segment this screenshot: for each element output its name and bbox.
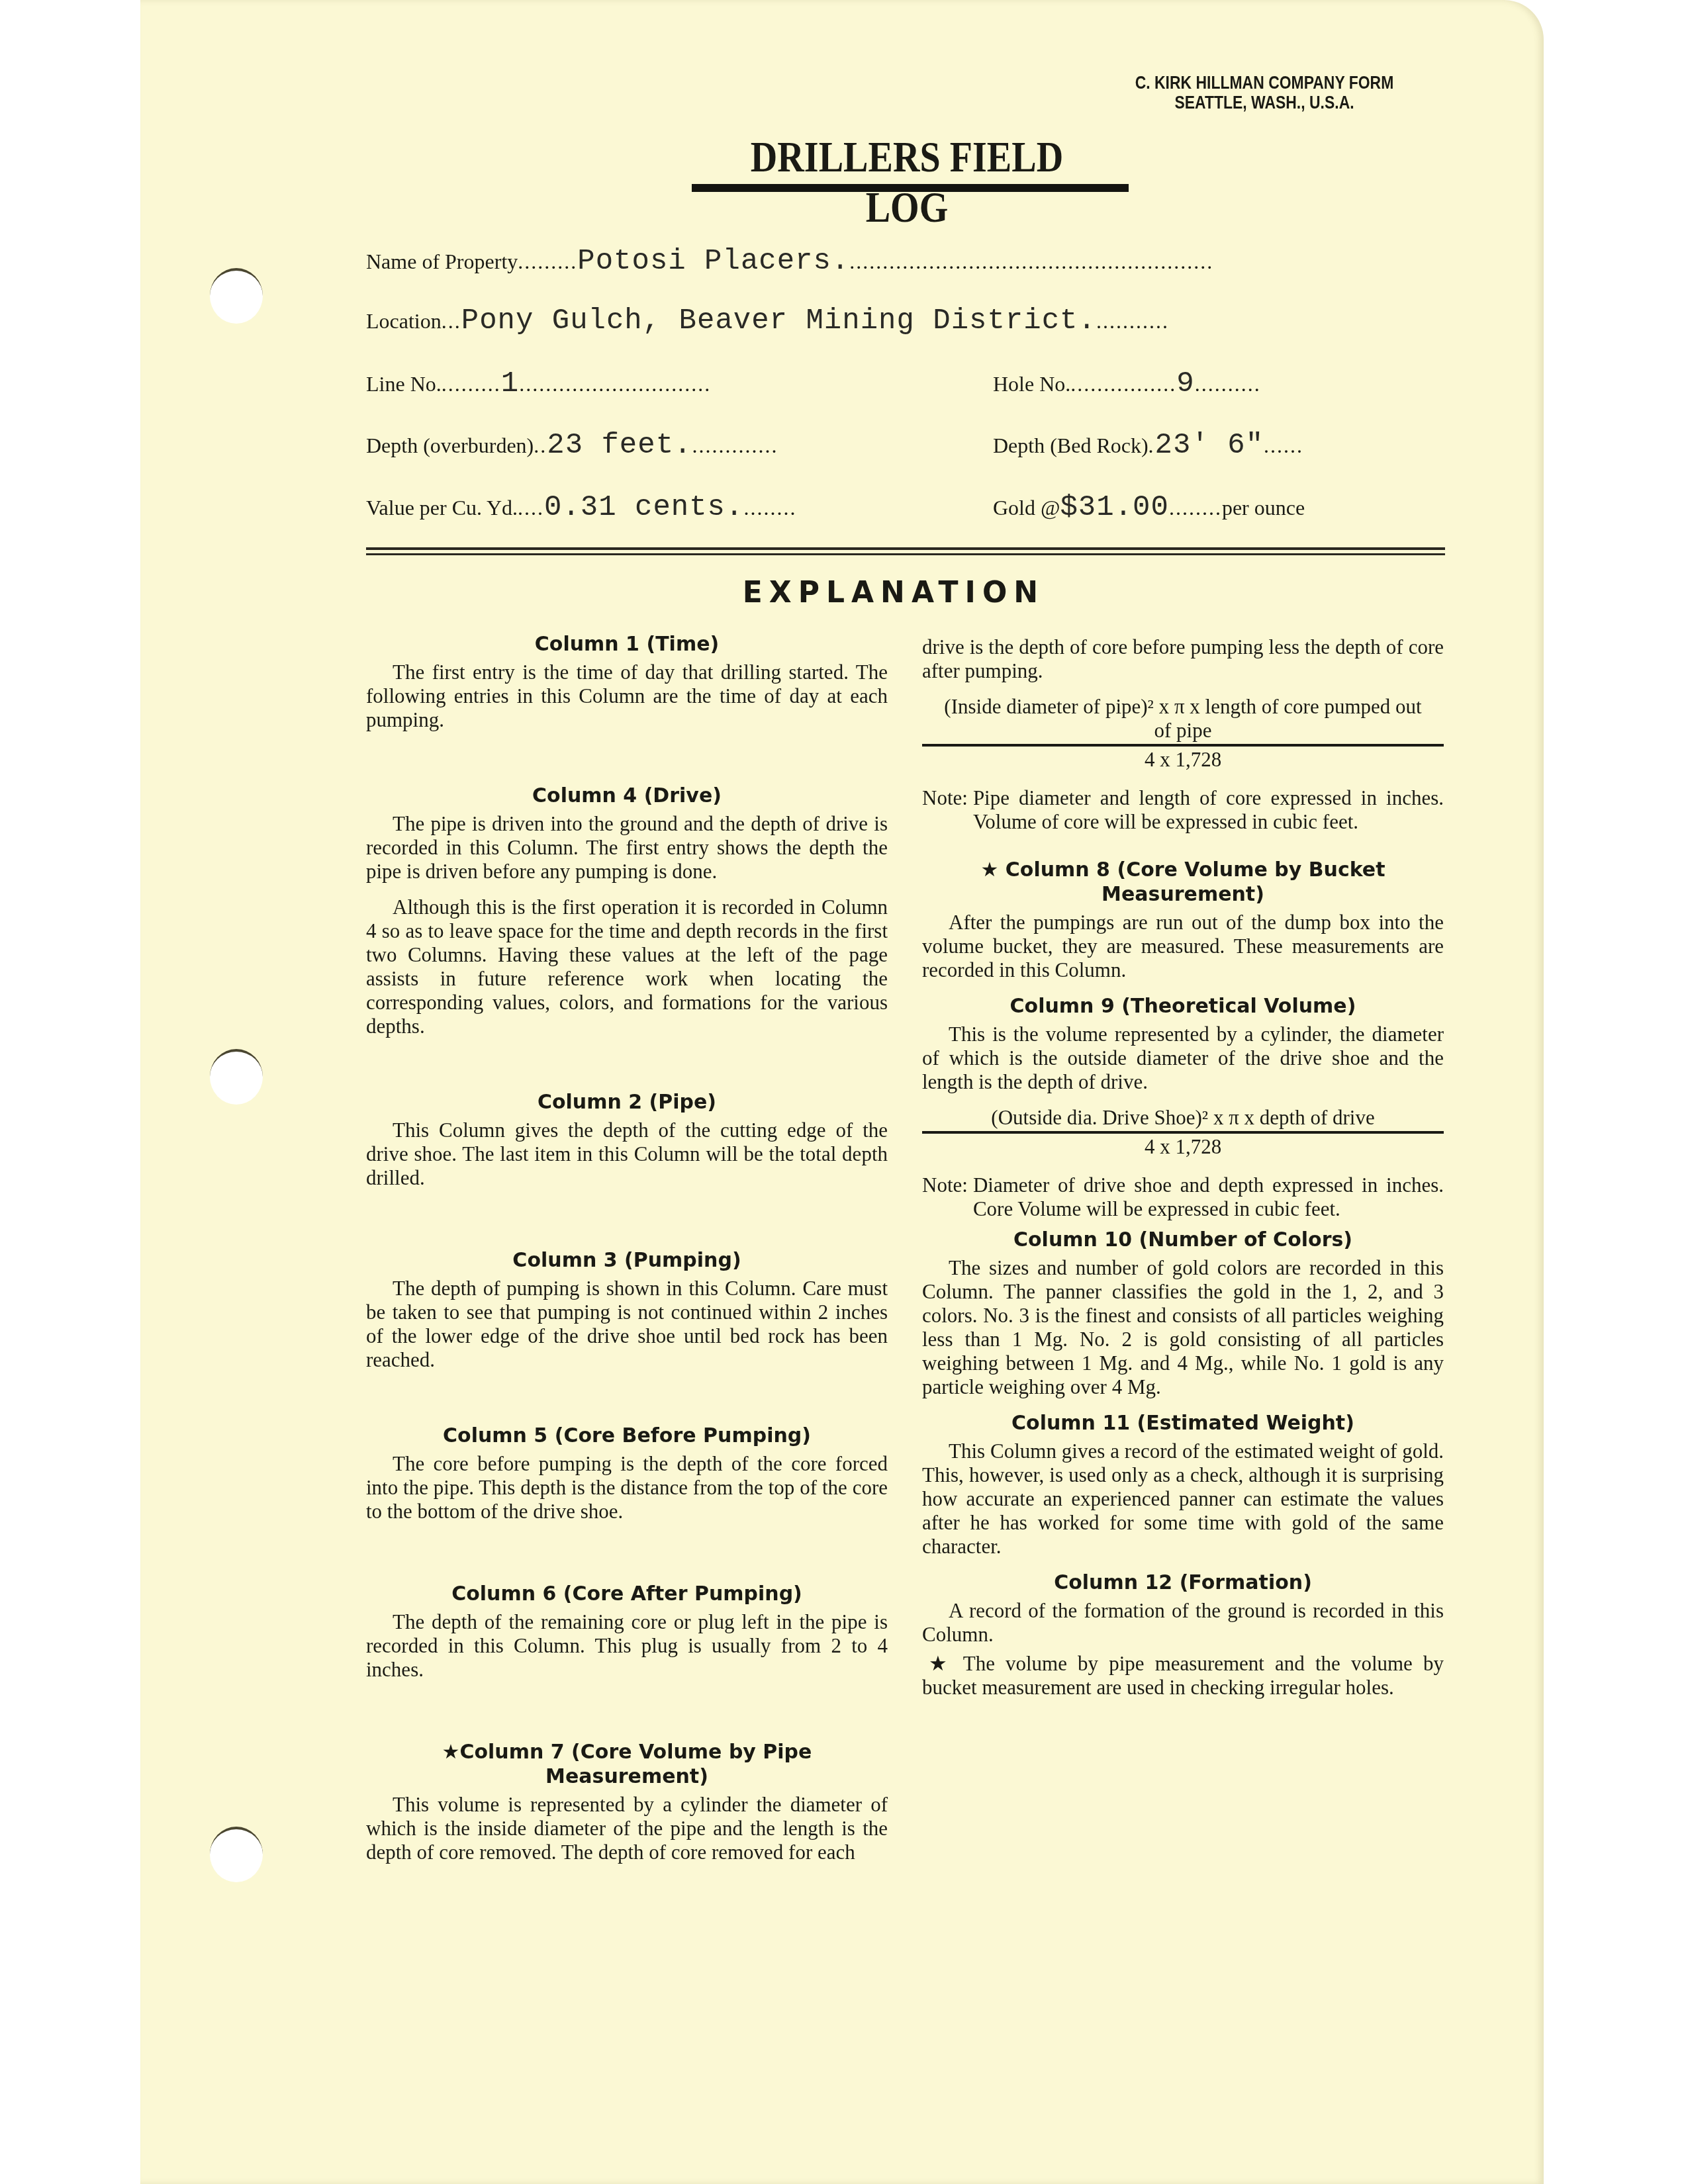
field-label: Gold @: [993, 496, 1060, 520]
section-title-col7: ★Column 7 (Core Volume by Pipe Measureme…: [366, 1740, 888, 1789]
field-location: Location...Pony Gulch, Beaver Mining Dis…: [366, 304, 1169, 338]
field-value[interactable]: 9: [1176, 367, 1194, 400]
field-value[interactable]: 23' 6": [1155, 429, 1264, 462]
section-text-col10: The sizes and number of gold colors are …: [922, 1256, 1444, 1399]
section-text-col6: The depth of the remaining core or plug …: [366, 1610, 888, 1682]
section-text-col2: This Column gives the depth of the cutti…: [366, 1118, 888, 1190]
section-title-col5: Column 5 (Core Before Pumping): [366, 1424, 888, 1448]
explanation-left-column: Column 1 (Time) The first entry is the t…: [366, 632, 888, 1876]
fraction-bar: [922, 744, 1444, 747]
footnote-star: ★ The volume by pipe measurement and the…: [922, 1652, 1444, 1700]
section-title-col4: Column 4 (Drive): [366, 784, 888, 808]
section-title-col8: ★ Column 8 (Core Volume by Bucket Measur…: [922, 858, 1444, 907]
note-text: Pipe diameter and length of core express…: [973, 786, 1444, 834]
section-title-col1: Column 1 (Time): [366, 632, 888, 657]
field-label: Value per Cu. Yd.: [366, 496, 518, 520]
section-title-col11: Column 11 (Estimated Weight): [922, 1411, 1444, 1435]
field-label: Location: [366, 309, 442, 333]
section-title-col3: Column 3 (Pumping): [366, 1248, 888, 1273]
section-text-col9: This is the volume represented by a cyli…: [922, 1023, 1444, 1094]
field-gold-price: Gold @$31.00........per ounce: [993, 491, 1305, 524]
company-imprint: C. KIRK HILLMAN COMPANY FORM SEATTLE, WA…: [1107, 73, 1422, 113]
company-name: C. KIRK HILLMAN COMPANY FORM: [1107, 73, 1422, 93]
company-address: SEATTLE, WASH., U.S.A.: [1107, 93, 1422, 113]
formula-denominator: 4 x 1,728: [922, 1135, 1444, 1159]
binder-hole-middle: [210, 1049, 263, 1105]
section-text-col7-continued: drive is the depth of core before pumpin…: [922, 635, 1444, 683]
binder-hole-bottom: [210, 1827, 263, 1882]
note-pipe-volume: Note: Pipe diameter and length of core e…: [922, 786, 1444, 834]
section-title-col12: Column 12 (Formation): [922, 1570, 1444, 1595]
fraction-bar: [922, 1131, 1444, 1134]
section-text-col4-a: The pipe is driven into the ground and t…: [366, 812, 888, 884]
title-underline: [692, 184, 1129, 192]
field-value[interactable]: 0.31 cents.: [544, 491, 743, 524]
field-value[interactable]: 23 feet.: [547, 429, 692, 462]
section-title-col6: Column 6 (Core After Pumping): [366, 1582, 888, 1606]
explanation-heading: EXPLANATION: [662, 576, 1125, 610]
section-text-col7: This volume is represented by a cylinder…: [366, 1793, 888, 1864]
section-text-col4-b: Although this is the first operation it …: [366, 895, 888, 1038]
field-name-of-property: Name of Property.........Potosi Placers.…: [366, 245, 1213, 278]
formula-theoretical-volume: (Outside dia. Drive Shoe)² x π x depth o…: [922, 1106, 1444, 1159]
field-depth-overburden: Depth (overburden)..23 feet.............…: [366, 429, 778, 462]
section-text-col12: A record of the formation of the ground …: [922, 1599, 1444, 1647]
section-text-col1: The first entry is the time of day that …: [366, 660, 888, 732]
field-label: Name of Property: [366, 250, 518, 273]
field-value[interactable]: Pony Gulch, Beaver Mining District.: [461, 304, 1096, 338]
binder-hole-top: [210, 268, 263, 324]
field-line-no: Line No..........1......................…: [366, 367, 711, 400]
note-label: Note:: [922, 786, 973, 834]
field-label: Depth (Bed Rock): [993, 433, 1149, 457]
section-text-col3: The depth of pumping is shown in this Co…: [366, 1277, 888, 1372]
explanation-right-column: drive is the depth of core before pumpin…: [922, 635, 1444, 1711]
field-depth-bed-rock: Depth (Bed Rock).23' 6"......: [993, 429, 1303, 462]
section-title-col10: Column 10 (Number of Colors): [922, 1228, 1444, 1252]
note-text: Diameter of drive shoe and depth express…: [973, 1173, 1444, 1221]
field-value-per-cu-yd: Value per Cu. Yd.....0.31 cents.........: [366, 491, 796, 524]
formula-numerator: (Outside dia. Drive Shoe)² x π x depth o…: [922, 1106, 1444, 1130]
field-hole-no: Hole No.................9..........: [993, 367, 1261, 400]
field-value[interactable]: $31.00: [1060, 491, 1168, 524]
note-theoretical-volume: Note: Diameter of drive shoe and depth e…: [922, 1173, 1444, 1221]
field-value[interactable]: 1: [501, 367, 519, 400]
field-value[interactable]: Potosi Placers.: [577, 245, 849, 278]
formula-pipe-volume: (Inside diameter of pipe)² x π x length …: [922, 695, 1444, 772]
section-title-col2: Column 2 (Pipe): [366, 1090, 888, 1115]
section-title-col9: Column 9 (Theoretical Volume): [922, 994, 1444, 1019]
page-title: DRILLERS FIELD LOG: [722, 132, 1093, 233]
section-text-col11: This Column gives a record of the estima…: [922, 1439, 1444, 1559]
field-label: Depth (overburden): [366, 433, 534, 457]
field-label: Hole No.: [993, 372, 1070, 396]
formula-denominator: 4 x 1,728: [922, 748, 1444, 772]
section-text-col8: After the pumpings are run out of the du…: [922, 911, 1444, 982]
field-suffix: per ounce: [1222, 496, 1305, 520]
section-divider: [366, 547, 1445, 555]
note-label: Note:: [922, 1173, 973, 1221]
formula-numerator: (Inside diameter of pipe)² x π x length …: [922, 695, 1444, 743]
field-label: Line No.: [366, 372, 442, 396]
section-text-col5: The core before pumping is the depth of …: [366, 1452, 888, 1524]
